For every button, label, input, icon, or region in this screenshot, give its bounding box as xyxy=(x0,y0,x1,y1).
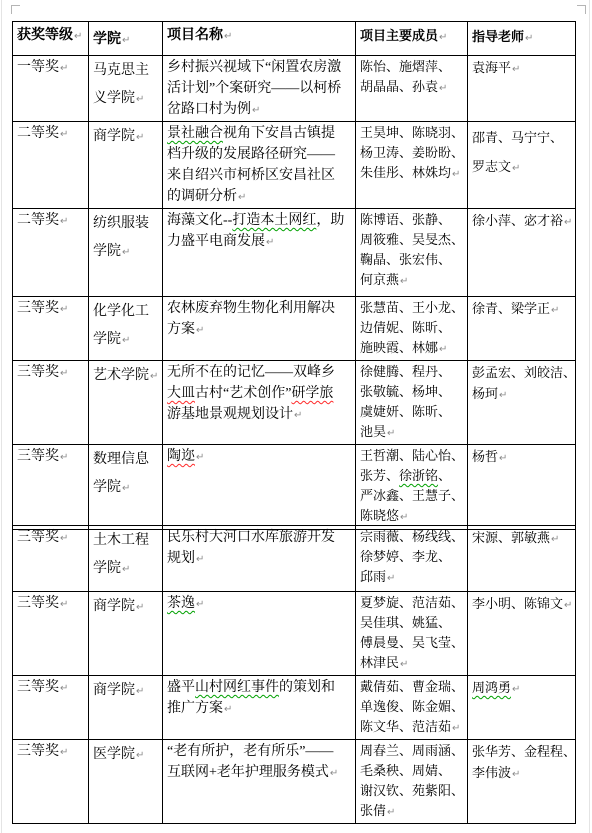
text-line: 商学院↵ xyxy=(93,593,158,622)
text-run: 邱雨 xyxy=(360,569,386,584)
text-line: 盛平山村网红事件的策划和 xyxy=(167,677,351,698)
cell-project-members[interactable]: 陈怡、施熠萍、胡晶晶、孙袁↵ xyxy=(356,56,468,122)
text-line: 池昊↵ xyxy=(360,422,463,444)
text-line: 一等奖↵ xyxy=(17,57,84,79)
text-run: 傅晨曼、吴飞莹、 xyxy=(360,635,464,650)
text-run: 池昊 xyxy=(360,424,386,439)
text-run: 杨卫涛、姜盼盼、 xyxy=(360,145,464,160)
text-run: 徐梦婷、李龙、 xyxy=(360,549,451,564)
text-run: 活计划”个案研究——以柯桥 xyxy=(167,81,341,96)
end-of-cell-mark-icon: ↵ xyxy=(136,686,144,697)
text-line: 民乐村大河口水库旅游开发 xyxy=(167,527,351,548)
text-run: 义学院 xyxy=(93,91,135,106)
table-row: 三等奖↵医学院↵“老有所护，老有所乐”——互联网+老年护理服务模式↵周春兰、周雨… xyxy=(13,740,576,824)
text-run: 互联网+老年护理服务模式 xyxy=(167,765,329,780)
text-line: 三等奖↵ xyxy=(17,446,84,468)
text-line: 三等奖↵ xyxy=(17,298,84,320)
text-line: 杨哲↵ xyxy=(472,446,571,469)
text-line: 袁海平↵ xyxy=(472,57,571,80)
spellcheck-red-text: 陶迩 xyxy=(167,449,195,464)
text-line: 三等奖↵ xyxy=(17,362,84,384)
page-boundary-left xyxy=(1,0,2,833)
cell-college[interactable]: 土木工程学院↵ xyxy=(89,526,163,592)
text-run: 邵青、马宁宁、 xyxy=(472,130,563,145)
text-run: 学院 xyxy=(93,32,121,47)
table-row: 三等奖↵商学院↵盛平山村网红事件的策划和推广方案↵戴倩茹、曹金瑞、单逸俊、陈金媚… xyxy=(13,676,576,740)
text-line: 商学院↵ xyxy=(93,677,158,706)
text-run: 的调研分析 xyxy=(167,189,237,204)
end-of-cell-mark-icon: ↵ xyxy=(387,428,395,439)
text-run: 杨珂 xyxy=(472,386,498,401)
text-line: 大皿古村“艺术创作”研学旅 xyxy=(167,383,351,404)
end-of-cell-mark-icon: ↵ xyxy=(499,453,507,464)
column-header-project-members[interactable]: 项目主要成员↵ xyxy=(356,22,468,56)
text-line: 学院↵ xyxy=(93,26,158,55)
cell-project-name[interactable]: “老有所护，老有所乐”——互联网+老年护理服务模式↵ xyxy=(163,740,356,824)
end-of-cell-mark-icon: ↵ xyxy=(196,599,204,610)
text-run: 何京燕 xyxy=(360,272,399,287)
text-run: 陈文华、范洁茹 xyxy=(360,719,451,734)
end-of-cell-mark-icon: ↵ xyxy=(439,83,447,94)
end-of-cell-mark-icon: ↵ xyxy=(60,452,68,463)
text-run: 朱佳彤、林姝均 xyxy=(360,165,451,180)
cell-college[interactable]: 商学院↵ xyxy=(89,676,163,740)
cell-project-name[interactable]: 盛平山村网红事件的策划和推广方案↵ xyxy=(163,676,356,740)
text-run: 获奖等级 xyxy=(17,28,73,43)
end-of-cell-mark-icon: ↵ xyxy=(196,554,204,565)
cell-award-level[interactable]: 一等奖↵ xyxy=(13,56,89,122)
text-line: 项目主要成员↵ xyxy=(360,26,463,48)
text-line: 纺织服装 xyxy=(93,210,158,238)
text-line: 三等奖↵ xyxy=(17,741,84,763)
text-run: 王昊坤、陈晓羽、 xyxy=(360,125,464,140)
text-line: 邵青、马宁宁、 xyxy=(472,123,571,152)
end-of-cell-mark-icon: ↵ xyxy=(387,573,395,584)
end-of-cell-mark-icon: ↵ xyxy=(330,768,338,779)
cell-project-members[interactable]: 陈博语、张静、周筱雅、吴旻杰、鞠晶、张宏伟、何京燕↵ xyxy=(356,209,468,297)
text-run: “老有所护，老有所乐”—— xyxy=(167,744,333,759)
cell-college[interactable]: 纺织服装学院↵ xyxy=(89,209,163,297)
end-of-cell-mark-icon: ↵ xyxy=(564,217,572,228)
text-run: 胡晶晶、孙袁 xyxy=(360,79,438,94)
end-of-cell-mark-icon: ↵ xyxy=(60,63,68,74)
cell-college[interactable]: 医学院↵ xyxy=(89,740,163,824)
text-run: 张倩 xyxy=(360,803,386,818)
column-header-project-name[interactable]: 项目名称↵ xyxy=(163,22,356,56)
column-header-advisors[interactable]: 指导老师↵ xyxy=(468,22,576,56)
end-of-cell-mark-icon: ↵ xyxy=(400,276,408,287)
text-run: 徐健腾、程丹、 xyxy=(360,364,451,379)
cell-advisors[interactable]: 徐小萍、宓才裕↵ xyxy=(468,209,576,297)
text-run: 游基地景观规划设计 xyxy=(167,407,293,422)
cell-college[interactable]: 商学院↵ xyxy=(89,592,163,676)
text-run: 学院 xyxy=(93,244,121,259)
text-line: 活计划”个案研究——以柯桥 xyxy=(167,78,351,99)
cell-college[interactable]: 马克思主义学院↵ xyxy=(89,56,163,122)
text-run: 一等奖 xyxy=(17,60,59,75)
text-run: 数理信息 xyxy=(93,452,149,467)
end-of-cell-mark-icon: ↵ xyxy=(60,683,68,694)
text-line: 杨卫涛、姜盼盼、 xyxy=(360,143,463,163)
text-line: 乡村振兴视域下“闲置农房激 xyxy=(167,57,351,78)
text-line: 徐青、梁学正↵ xyxy=(472,298,571,321)
margin-corner-mark-top-right xyxy=(577,5,586,14)
text-line: 学院↵ xyxy=(93,238,158,267)
end-of-cell-mark-icon: ↵ xyxy=(122,483,130,494)
text-run: 商学院 xyxy=(93,599,135,614)
text-line: 三等奖↵ xyxy=(17,593,84,615)
text-run: 谢汉钦、苑紫阳、 xyxy=(360,783,464,798)
cell-project-name[interactable]: 乡村振兴视域下“闲置农房激活计划”个案研究——以柯桥岔路口村为例↵ xyxy=(163,56,356,122)
cell-advisors[interactable]: 周鸿勇↵ xyxy=(468,676,576,740)
text-run: 商学院 xyxy=(93,129,135,144)
text-run: 杨哲 xyxy=(472,449,498,464)
text-line: 李小明、陈锦文↵ xyxy=(472,593,571,616)
text-line: 土木工程 xyxy=(93,527,158,555)
awards-table-lower: 三等奖↵土木工程学院↵民乐村大河口水库旅游开发规划↵宗雨薇、杨线线、徐梦婷、李龙… xyxy=(12,525,576,824)
end-of-cell-mark-icon: ↵ xyxy=(512,684,520,695)
cell-advisors[interactable]: 李小明、陈锦文↵ xyxy=(468,592,576,676)
end-of-cell-mark-icon: ↵ xyxy=(387,807,395,818)
text-line: 边倩妮、陈昕、 xyxy=(360,318,463,338)
text-line: 二等奖↵ xyxy=(17,123,84,145)
text-run: 项目名称 xyxy=(167,28,223,43)
text-line: 徐梦婷、李龙、 xyxy=(360,547,463,567)
text-run: 马克思主 xyxy=(93,63,149,78)
text-run: 视角下安昌古镇提 xyxy=(223,126,335,141)
end-of-cell-mark-icon: ↵ xyxy=(150,371,158,382)
text-run: 徐小萍、宓才裕 xyxy=(472,213,563,228)
text-line: 陈博语、张静、 xyxy=(360,210,463,230)
text-line: 宗雨薇、杨线线、 xyxy=(360,527,463,547)
text-run: 土木工程 xyxy=(93,533,149,548)
text-line: 力盛平电商发展↵ xyxy=(167,231,351,253)
table-row: 三等奖↵化学化工学院↵农林废弃物生物化利用解决方案↵张慧苗、王小龙、边倩妮、陈昕… xyxy=(13,297,576,361)
text-run: ，助 xyxy=(316,213,344,228)
text-line: 杨珂↵ xyxy=(472,383,571,406)
text-line: 农林废弃物生物化利用解决 xyxy=(167,298,351,319)
cell-project-members[interactable]: 夏梦旋、范洁茹、吴佳琪、姚猛、傅晨曼、吴飞莹、林津民↵ xyxy=(356,592,468,676)
end-of-cell-mark-icon: ↵ xyxy=(122,35,130,46)
text-run: 三等奖 xyxy=(17,680,59,695)
text-line: 指导老师↵ xyxy=(472,26,571,49)
text-line: 互联网+老年护理服务模式↵ xyxy=(167,762,351,784)
text-run: 单逸俊、陈金媚、 xyxy=(360,699,464,714)
text-line: 项目名称↵ xyxy=(167,26,351,47)
end-of-cell-mark-icon: ↵ xyxy=(452,723,460,734)
text-run: 三等奖 xyxy=(17,365,59,380)
spellcheck-green-text: 打造本土网红 xyxy=(232,213,316,228)
end-of-cell-mark-icon: ↵ xyxy=(551,534,559,545)
spellcheck-green-text: 周鸿勇 xyxy=(472,680,511,695)
text-run: 吴佳琪、姚猛、 xyxy=(360,615,451,630)
text-line: 夏梦旋、范洁茹、 xyxy=(360,593,463,613)
text-run: 张华芳、金程程、 xyxy=(472,744,576,759)
page-boundary-right xyxy=(589,0,590,833)
text-run: 三等奖 xyxy=(17,744,59,759)
text-line: 陈文华、范洁茹↵ xyxy=(360,717,463,739)
cell-project-name[interactable]: 景社融合视角下安昌古镇提档升级的发展路径研究——来自绍兴市柯桥区安昌社区的调研分… xyxy=(163,122,356,209)
text-run: 袁海平 xyxy=(472,60,511,75)
end-of-cell-mark-icon: ↵ xyxy=(136,94,144,105)
spellcheck-green-text: 茶逸 xyxy=(167,596,195,611)
text-run: 学院 xyxy=(93,480,121,495)
cell-college[interactable]: 商学院↵ xyxy=(89,122,163,209)
end-of-cell-mark-icon: ↵ xyxy=(499,390,507,401)
cell-project-name[interactable]: 海藻文化--打造本土网红，助力盛平电商发展↵ xyxy=(163,209,356,297)
text-run: 规划 xyxy=(167,551,195,566)
text-line: 朱佳彤、林姝均↵ xyxy=(360,163,463,185)
text-run: 陈怡、施熠萍、 xyxy=(360,59,451,74)
text-line: 王哲潮、陆心怡、 xyxy=(360,446,463,466)
spellcheck-green-text: 景社融合 xyxy=(167,126,223,141)
text-run: 农林废弃物生物化利用解决 xyxy=(167,301,335,316)
text-run: 彭孟宏、刘皎洁、 xyxy=(472,365,576,380)
end-of-cell-mark-icon: ↵ xyxy=(60,368,68,379)
text-line: 周春兰、周雨涵、 xyxy=(360,741,463,761)
text-line: 林津民↵ xyxy=(360,653,463,675)
text-line: 医学院↵ xyxy=(93,741,158,770)
text-line: 傅晨曼、吴飞莹、 xyxy=(360,633,463,653)
end-of-cell-mark-icon: ↵ xyxy=(266,237,274,248)
table-row: 二等奖↵商学院↵景社融合视角下安昌古镇提档升级的发展路径研究——来自绍兴市柯桥区… xyxy=(13,122,576,209)
text-run: 戴倩茹、曹金瑞、 xyxy=(360,679,464,694)
end-of-cell-mark-icon: ↵ xyxy=(196,452,204,463)
text-run: 周筱雅、吴旻杰、 xyxy=(360,232,464,247)
text-line: 义学院↵ xyxy=(93,85,158,114)
text-line: 张敬毓、杨坤、 xyxy=(360,382,463,402)
text-line: 严冰鑫、王慧子、 xyxy=(360,486,463,506)
text-line: 艺术学院↵ xyxy=(93,362,158,391)
text-line: 何京燕↵ xyxy=(360,270,463,292)
cell-college[interactable]: 化学化工学院↵ xyxy=(89,297,163,361)
text-line: 吴佳琪、姚猛、 xyxy=(360,613,463,633)
text-line: 三等奖↵ xyxy=(17,527,84,549)
end-of-cell-mark-icon: ↵ xyxy=(136,750,144,761)
text-run: 海藻文化-- xyxy=(167,213,232,228)
text-run: 二等奖 xyxy=(17,126,59,141)
cell-project-members[interactable]: 戴倩茹、曹金瑞、单逸俊、陈金媚、陈文华、范洁茹↵ xyxy=(356,676,468,740)
text-run: 推广方案 xyxy=(167,701,223,716)
text-run: 纺织服装 xyxy=(93,216,149,231)
cell-project-name[interactable]: 陶迩↵ xyxy=(163,445,356,530)
text-run: 民乐村大河口水库旅游开发 xyxy=(167,530,335,545)
cell-project-members[interactable]: 周春兰、周雨涵、毛桑秧、周婧、谢汉钦、苑紫阳、张倩↵ xyxy=(356,740,468,824)
text-run: 指导老师 xyxy=(472,29,524,44)
spellcheck-red-text: 大皿 xyxy=(167,386,195,401)
text-line: 毛桑秧、周婧、 xyxy=(360,761,463,781)
margin-corner-mark-top-left xyxy=(11,5,20,14)
text-line: 张芳、徐浙铭、 xyxy=(360,466,463,486)
cell-college[interactable]: 艺术学院↵ xyxy=(89,361,163,445)
text-line: 宋源、郭敏燕↵ xyxy=(472,527,571,550)
text-line: 邱雨↵ xyxy=(360,567,463,589)
text-line: 张倩↵ xyxy=(360,801,463,823)
cell-advisors[interactable]: 邵青、马宁宁、罗志文↵ xyxy=(468,122,576,209)
cell-college[interactable]: 数理信息学院↵ xyxy=(89,445,163,530)
text-run: 化学化工 xyxy=(93,304,149,319)
text-line: 的调研分析↵ xyxy=(167,186,351,208)
text-run: 严冰鑫、王慧子、 xyxy=(360,488,464,503)
text-line: 鞠晶、张宏伟、 xyxy=(360,250,463,270)
text-line: 茶逸↵ xyxy=(167,593,351,615)
text-run: 林津民 xyxy=(360,655,399,670)
cell-award-level[interactable]: 三等奖↵ xyxy=(13,361,89,445)
text-line: 彭孟宏、刘皎洁、 xyxy=(472,362,571,383)
end-of-cell-mark-icon: ↵ xyxy=(512,769,520,780)
text-line: 游基地景观规划设计↵ xyxy=(167,404,351,426)
cell-advisors[interactable]: 彭孟宏、刘皎洁、杨珂↵ xyxy=(468,361,576,445)
text-line: 虞婕妍、陈昕、 xyxy=(360,402,463,422)
text-line: 推广方案↵ xyxy=(167,698,351,720)
text-run: 张芳、 xyxy=(360,468,399,483)
text-run: 三等奖 xyxy=(17,301,59,316)
table-header-row: 获奖等级↵学院↵项目名称↵项目主要成员↵指导老师↵ xyxy=(13,22,576,56)
end-of-cell-mark-icon: ↵ xyxy=(525,33,533,44)
text-run: 二等奖 xyxy=(17,213,59,228)
cell-award-level[interactable]: 三等奖↵ xyxy=(13,445,89,530)
cell-advisors[interactable]: 张华芳、金程程、李伟波↵ xyxy=(468,740,576,824)
text-run: 、 xyxy=(438,468,451,483)
text-run: 三等奖 xyxy=(17,449,59,464)
cell-advisors[interactable]: 宋源、郭敏燕↵ xyxy=(468,526,576,592)
end-of-cell-mark-icon: ↵ xyxy=(60,599,68,610)
awards-table-upper: 获奖等级↵学院↵项目名称↵项目主要成员↵指导老师↵一等奖↵马克思主义学院↵乡村振… xyxy=(12,21,576,530)
end-of-cell-mark-icon: ↵ xyxy=(60,533,68,544)
text-run: 岔路口村为例 xyxy=(167,102,251,117)
text-run: 李伟波 xyxy=(472,765,511,780)
cell-advisors[interactable]: 徐青、梁学正↵ xyxy=(468,297,576,361)
end-of-cell-mark-icon: ↵ xyxy=(224,31,232,42)
text-run: 徐青、梁学正 xyxy=(472,301,550,316)
text-run: 张敬毓、杨坤、 xyxy=(360,384,451,399)
end-of-cell-mark-icon: ↵ xyxy=(136,602,144,613)
table-row: 二等奖↵纺织服装学院↵海藻文化--打造本土网红，助力盛平电商发展↵陈博语、张静、… xyxy=(13,209,576,297)
text-run: 陈晓悠 xyxy=(360,508,399,523)
text-run: 宋源、郭敏燕 xyxy=(472,530,550,545)
cell-project-name[interactable]: 无所不在的记忆——双峰乡大皿古村“艺术创作”研学旅游基地景观规划设计↵ xyxy=(163,361,356,445)
text-line: 学院↵ xyxy=(93,555,158,584)
text-run: 边倩妮、陈昕、 xyxy=(360,320,451,335)
end-of-cell-mark-icon: ↵ xyxy=(196,325,204,336)
cell-project-name[interactable]: 农林废弃物生物化利用解决方案↵ xyxy=(163,297,356,361)
text-run: 学院 xyxy=(93,332,121,347)
spellcheck-green-text: 山村网红事件 xyxy=(195,680,279,695)
text-line: 马克思主 xyxy=(93,57,158,85)
document-page[interactable]: 获奖等级↵学院↵项目名称↵项目主要成员↵指导老师↵一等奖↵马克思主义学院↵乡村振… xyxy=(0,0,592,833)
end-of-cell-mark-icon: ↵ xyxy=(400,512,408,523)
text-line: 数理信息 xyxy=(93,446,158,474)
text-run: 方案 xyxy=(167,322,195,337)
text-line: 单逸俊、陈金媚、 xyxy=(360,697,463,717)
text-run: 三等奖 xyxy=(17,530,59,545)
text-line: 周鸿勇↵ xyxy=(472,677,571,700)
spellcheck-green-text: 徐浙铭 xyxy=(399,468,438,483)
cell-project-members[interactable]: 宗雨薇、杨线线、徐梦婷、李龙、邱雨↵ xyxy=(356,526,468,592)
text-run: 虞婕妍、陈昕、 xyxy=(360,404,451,419)
text-run: 李小明、陈锦文 xyxy=(472,596,563,611)
cell-advisors[interactable]: 袁海平↵ xyxy=(468,56,576,122)
text-line: 陶迩↵ xyxy=(167,446,351,468)
text-run: 项目主要成员 xyxy=(360,28,438,43)
cell-award-level[interactable]: 二等奖↵ xyxy=(13,209,89,297)
text-line: 档升级的发展路径研究—— xyxy=(167,144,351,165)
text-run: 王哲潮、陆心怡、 xyxy=(360,448,464,463)
text-run: 鞠晶、张宏伟、 xyxy=(360,252,451,267)
text-line: 三等奖↵ xyxy=(17,677,84,699)
text-line: 王昊坤、陈晓羽、 xyxy=(360,123,463,143)
text-line: “老有所护，老有所乐”—— xyxy=(167,741,351,762)
text-line: 商学院↵ xyxy=(93,123,158,152)
cell-project-members[interactable]: 王昊坤、陈晓羽、杨卫涛、姜盼盼、朱佳彤、林姝均↵ xyxy=(356,122,468,209)
end-of-cell-mark-icon: ↵ xyxy=(60,129,68,140)
text-line: 李伟波↵ xyxy=(472,762,571,785)
text-line: 规划↵ xyxy=(167,548,351,570)
end-of-cell-mark-icon: ↵ xyxy=(551,305,559,316)
text-line: 戴倩茹、曹金瑞、 xyxy=(360,677,463,697)
text-run: 档升级的发展路径研究—— xyxy=(167,147,335,162)
end-of-cell-mark-icon: ↵ xyxy=(512,64,520,75)
table-row: 三等奖↵艺术学院↵无所不在的记忆——双峰乡大皿古村“艺术创作”研学旅游基地景观规… xyxy=(13,361,576,445)
end-of-cell-mark-icon: ↵ xyxy=(122,335,130,346)
text-run: 古村“艺术创作” xyxy=(195,386,291,401)
text-line: 徐小萍、宓才裕↵ xyxy=(472,210,571,233)
text-line: 陈怡、施熠萍、 xyxy=(360,57,463,77)
text-line: 张华芳、金程程、 xyxy=(472,741,571,762)
cell-award-level[interactable]: 二等奖↵ xyxy=(13,122,89,209)
table-row: 三等奖↵土木工程学院↵民乐村大河口水库旅游开发规划↵宗雨薇、杨线线、徐梦婷、李龙… xyxy=(13,526,576,592)
cell-project-name[interactable]: 茶逸↵ xyxy=(163,592,356,676)
text-run: 陈博语、张静、 xyxy=(360,212,451,227)
text-line: 二等奖↵ xyxy=(17,210,84,232)
text-run: 来自绍兴市柯桥区安昌社区 xyxy=(167,168,335,183)
text-line: 谢汉钦、苑紫阳、 xyxy=(360,781,463,801)
cell-advisors[interactable]: 杨哲↵ xyxy=(468,445,576,530)
end-of-cell-mark-icon: ↵ xyxy=(512,163,520,174)
text-run: 盛平 xyxy=(167,680,195,695)
cell-award-level[interactable]: 三等奖↵ xyxy=(13,740,89,824)
column-header-college[interactable]: 学院↵ xyxy=(89,22,163,56)
cell-project-name[interactable]: 民乐村大河口水库旅游开发规划↵ xyxy=(163,526,356,592)
end-of-cell-mark-icon: ↵ xyxy=(439,344,447,355)
text-run: 施映霞、林娜 xyxy=(360,340,438,355)
end-of-cell-mark-icon: ↵ xyxy=(74,31,82,42)
cell-project-members[interactable]: 张慧苗、王小龙、边倩妮、陈昕、施映霞、林娜↵ xyxy=(356,297,468,361)
end-of-cell-mark-icon: ↵ xyxy=(564,600,572,611)
cell-award-level[interactable]: 三等奖↵ xyxy=(13,297,89,361)
spellcheck-red-text: 研学旅 xyxy=(291,386,333,401)
text-run: 宗雨薇、杨线线、 xyxy=(360,529,464,544)
end-of-cell-mark-icon: ↵ xyxy=(136,132,144,143)
text-line: 获奖等级↵ xyxy=(17,26,84,47)
cell-award-level[interactable]: 三等奖↵ xyxy=(13,676,89,740)
end-of-cell-mark-icon: ↵ xyxy=(439,32,447,43)
end-of-cell-mark-icon: ↵ xyxy=(400,659,408,670)
text-line: 徐健腾、程丹、 xyxy=(360,362,463,382)
text-run: 无所不在的记忆——双峰乡 xyxy=(167,365,335,380)
cell-project-members[interactable]: 徐健腾、程丹、张敬毓、杨坤、虞婕妍、陈昕、池昊↵ xyxy=(356,361,468,445)
cell-award-level[interactable]: 三等奖↵ xyxy=(13,526,89,592)
cell-award-level[interactable]: 三等奖↵ xyxy=(13,592,89,676)
text-run: 学院 xyxy=(93,561,121,576)
column-header-award-level[interactable]: 获奖等级↵ xyxy=(13,22,89,56)
cell-project-members[interactable]: 王哲潮、陆心怡、张芳、徐浙铭、严冰鑫、王慧子、陈晓悠↵ xyxy=(356,445,468,530)
text-line: 岔路口村为例↵ xyxy=(167,99,351,121)
text-line: 化学化工 xyxy=(93,298,158,326)
text-run: 毛桑秧、周婧、 xyxy=(360,763,451,778)
end-of-cell-mark-icon: ↵ xyxy=(122,564,130,575)
text-line: 海藻文化--打造本土网红，助 xyxy=(167,210,351,231)
